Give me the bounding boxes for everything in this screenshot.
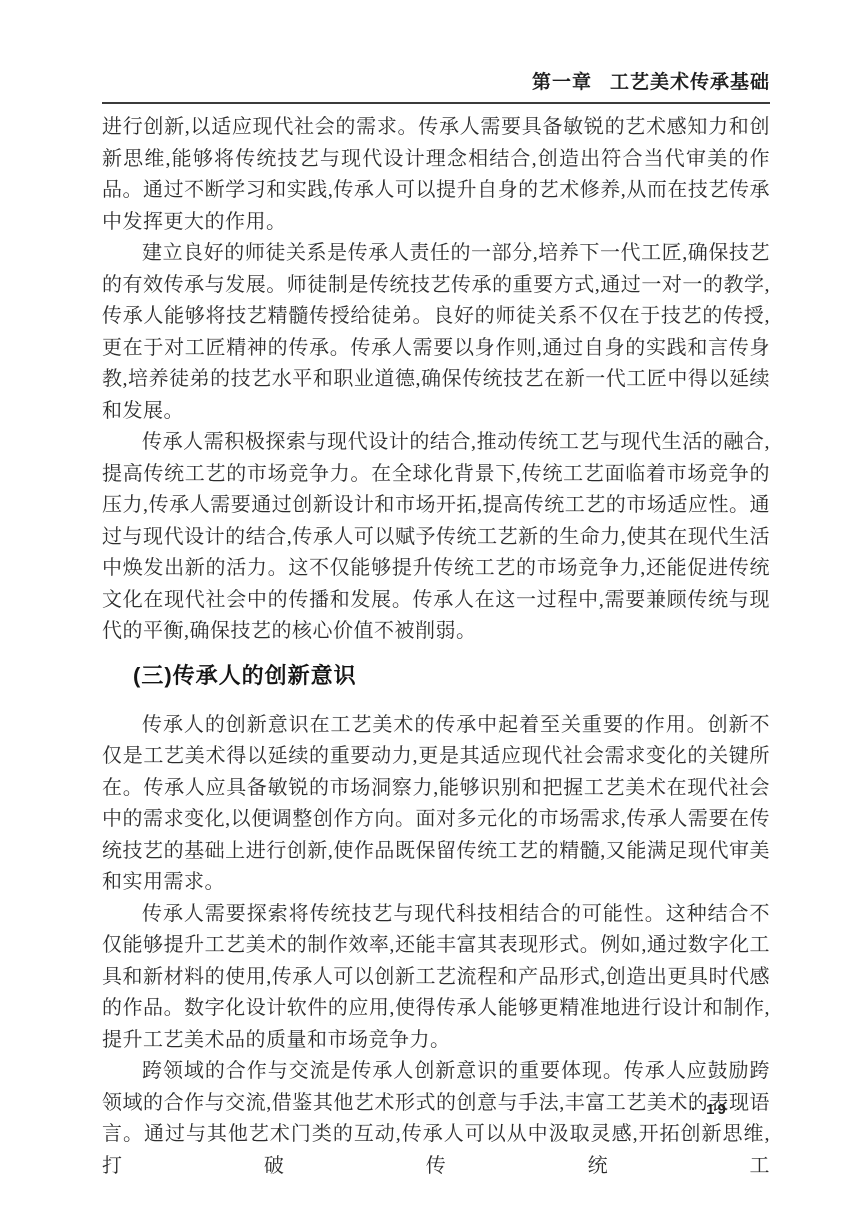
- body-text: 进行创新,以适应现代社会的需求。传承人需要具备敏锐的艺术感知力和创新思维,能够将…: [102, 112, 770, 1182]
- body-paragraph: 传承人需积极探索与现代设计的结合,推动传统工艺与现代生活的融合,提高传统工艺的市…: [102, 427, 770, 648]
- section-heading: (三)传承人的创新意识: [102, 663, 770, 689]
- book-page: 第一章工艺美术传承基础 进行创新,以适应现代社会的需求。传承人需要具备敏锐的艺术…: [0, 0, 860, 1208]
- running-header: 第一章工艺美术传承基础: [102, 72, 770, 104]
- page-content: 第一章工艺美术传承基础 进行创新,以适应现代社会的需求。传承人需要具备敏锐的艺术…: [102, 72, 770, 1182]
- chapter-number: 第一章: [532, 72, 592, 93]
- body-paragraph: 建立良好的师徒关系是传承人责任的一部分,培养下一代工匠,确保技艺的有效传承与发展…: [102, 238, 770, 427]
- body-paragraph: 传承人需要探索将传统技艺与现代科技相结合的可能性。这种结合不仅能够提升工艺美术的…: [102, 899, 770, 1057]
- page-number: · 19 ·: [691, 1101, 744, 1118]
- body-paragraph: 传承人的创新意识在工艺美术的传承中起着至关重要的作用。创新不仅是工艺美术得以延续…: [102, 710, 770, 899]
- chapter-title: 工艺美术传承基础: [610, 72, 770, 93]
- body-paragraph: 进行创新,以适应现代社会的需求。传承人需要具备敏锐的艺术感知力和创新思维,能够将…: [102, 112, 770, 238]
- body-paragraph: 跨领域的合作与交流是传承人创新意识的重要体现。传承人应鼓励跨领域的合作与交流,借…: [102, 1056, 770, 1182]
